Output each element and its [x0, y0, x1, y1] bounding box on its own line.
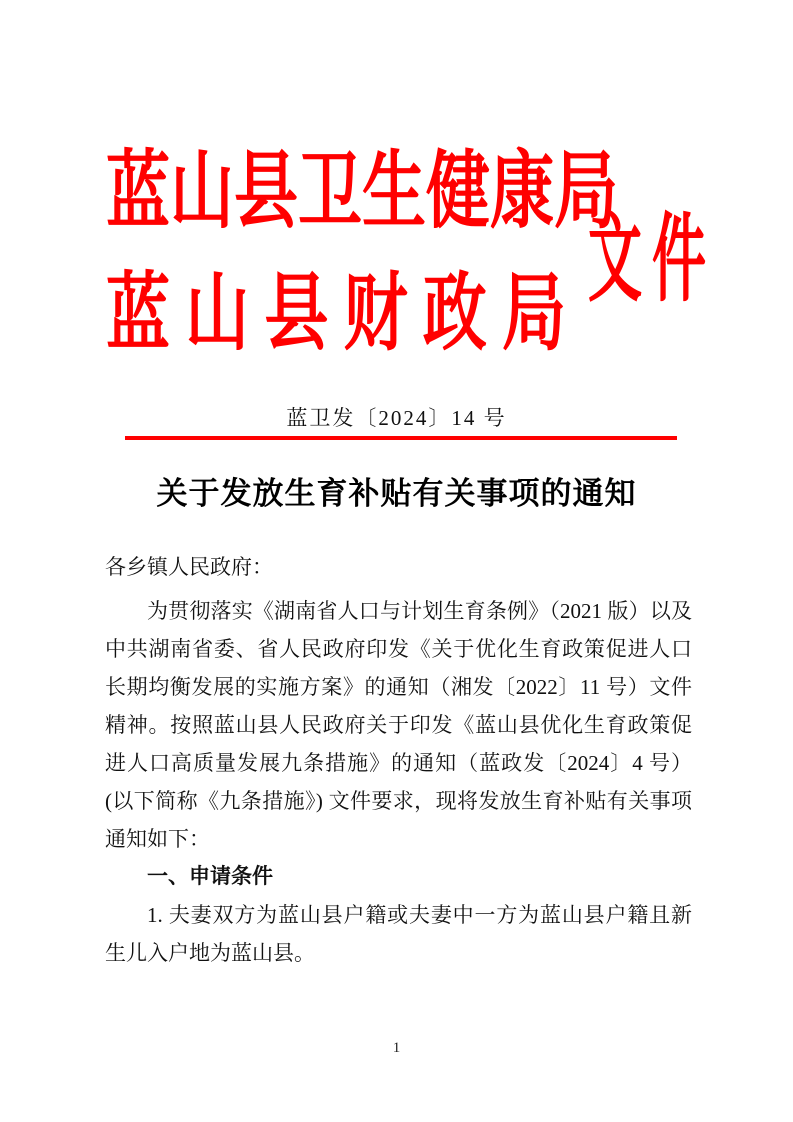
body-paragraph-1: 为贯彻落实《湖南省人口与计划生育条例》（2021 版）以及中共湖南省委、省人民政…: [105, 592, 692, 858]
agency-name-finance-bureau: 蓝山县财政局: [106, 272, 566, 356]
body-item-1: 1. 夫妻双方为蓝山县户籍或夫妻中一方为蓝山县户籍且新生儿入户地为蓝山县。: [105, 896, 692, 972]
section-heading-application-conditions: 一、申请条件: [105, 858, 692, 896]
page-number: 1: [0, 1040, 793, 1057]
document-number: 蓝卫发〔2024〕14 号: [0, 402, 793, 432]
document-body: 各乡镇人民政府： 为贯彻落实《湖南省人口与计划生育条例》（2021 版）以及中共…: [105, 548, 692, 972]
red-divider-rule: [125, 436, 677, 440]
agency-name-health-bureau: 蓝山县卫生健康局: [106, 150, 566, 234]
document-type-label: 文件: [588, 212, 706, 308]
document-page: 蓝山县卫生健康局 蓝山县财政局 文件 蓝卫发〔2024〕14 号 关于发放生育补…: [0, 0, 793, 1122]
document-title: 关于发放生育补贴有关事项的通知: [0, 468, 793, 513]
red-letterhead: 蓝山县卫生健康局 蓝山县财政局 文件: [0, 0, 793, 380]
salutation-line: 各乡镇人民政府：: [105, 548, 692, 586]
